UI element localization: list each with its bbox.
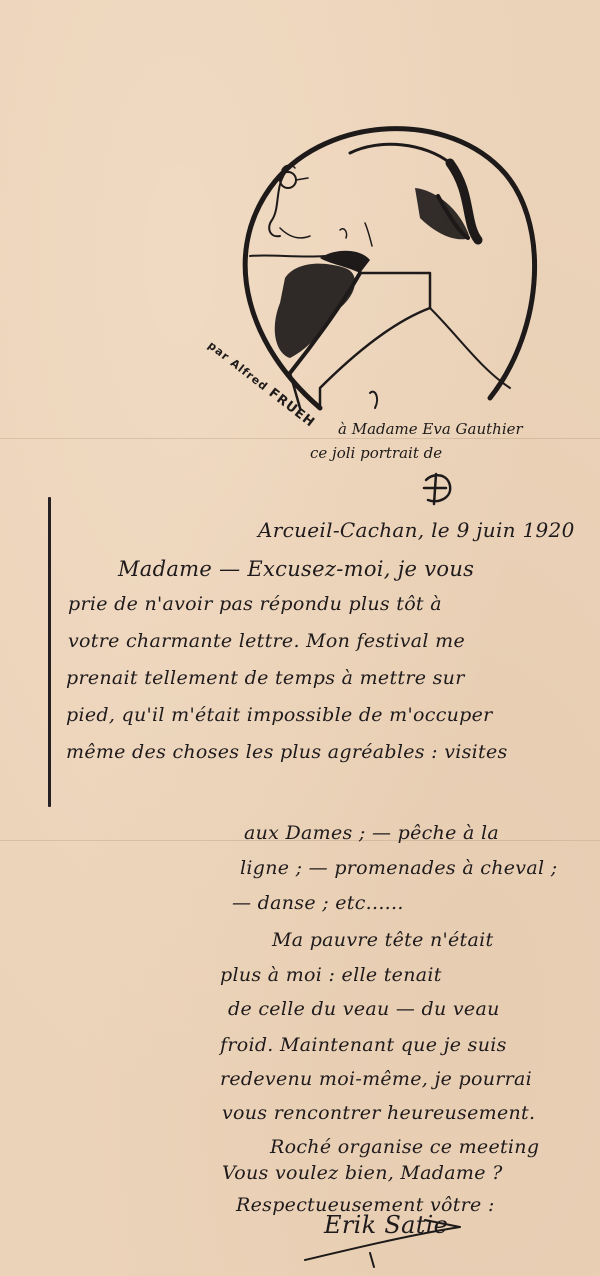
- letter-line: de celle du veau — du veau: [228, 998, 500, 1020]
- monogram-initials: [420, 470, 454, 510]
- letter-line: Vous voulez bien, Madame ?: [222, 1162, 503, 1184]
- letter-line: prie de n'avoir pas répondu plus tôt à: [68, 593, 442, 615]
- dedication-line-1: à Madame Eva Gauthier: [338, 420, 523, 438]
- letter-line: prenait tellement de temps à mettre sur: [66, 667, 465, 689]
- letter-line: Roché organise ce meeting: [270, 1136, 539, 1158]
- letter-line: Madame — Excusez-moi, je vous: [118, 557, 474, 581]
- letter-line: — danse ; etc......: [232, 892, 404, 914]
- letter-line: pied, qu'il m'était impossible de m'occu…: [66, 704, 493, 726]
- signature: Erik Satie: [300, 1205, 470, 1270]
- letter-line: votre charmante lettre. Mon festival me: [68, 630, 465, 652]
- letter-line: vous rencontrer heureusement.: [222, 1102, 535, 1124]
- margin-line: [48, 497, 51, 807]
- letter-line: ligne ; — promenades à cheval ;: [240, 857, 557, 879]
- letter-place-date: Arcueil-Cachan, le 9 juin 1920: [258, 518, 575, 542]
- paper-fold-line: [0, 438, 600, 439]
- letter-line: plus à moi : elle tenait: [220, 964, 442, 986]
- letter-line: redevenu moi-même, je pourrai: [220, 1068, 532, 1090]
- letter-line: aux Dames ; — pêche à la: [244, 822, 499, 844]
- letter-line: froid. Maintenant que je suis: [220, 1034, 507, 1056]
- letter-line: Ma pauvre tête n'était: [272, 929, 493, 951]
- dedication-line-2: ce joli portrait de: [310, 444, 442, 462]
- letter-line: même des choses les plus agréables : vis…: [66, 741, 508, 763]
- signature-flourish: [300, 1205, 470, 1270]
